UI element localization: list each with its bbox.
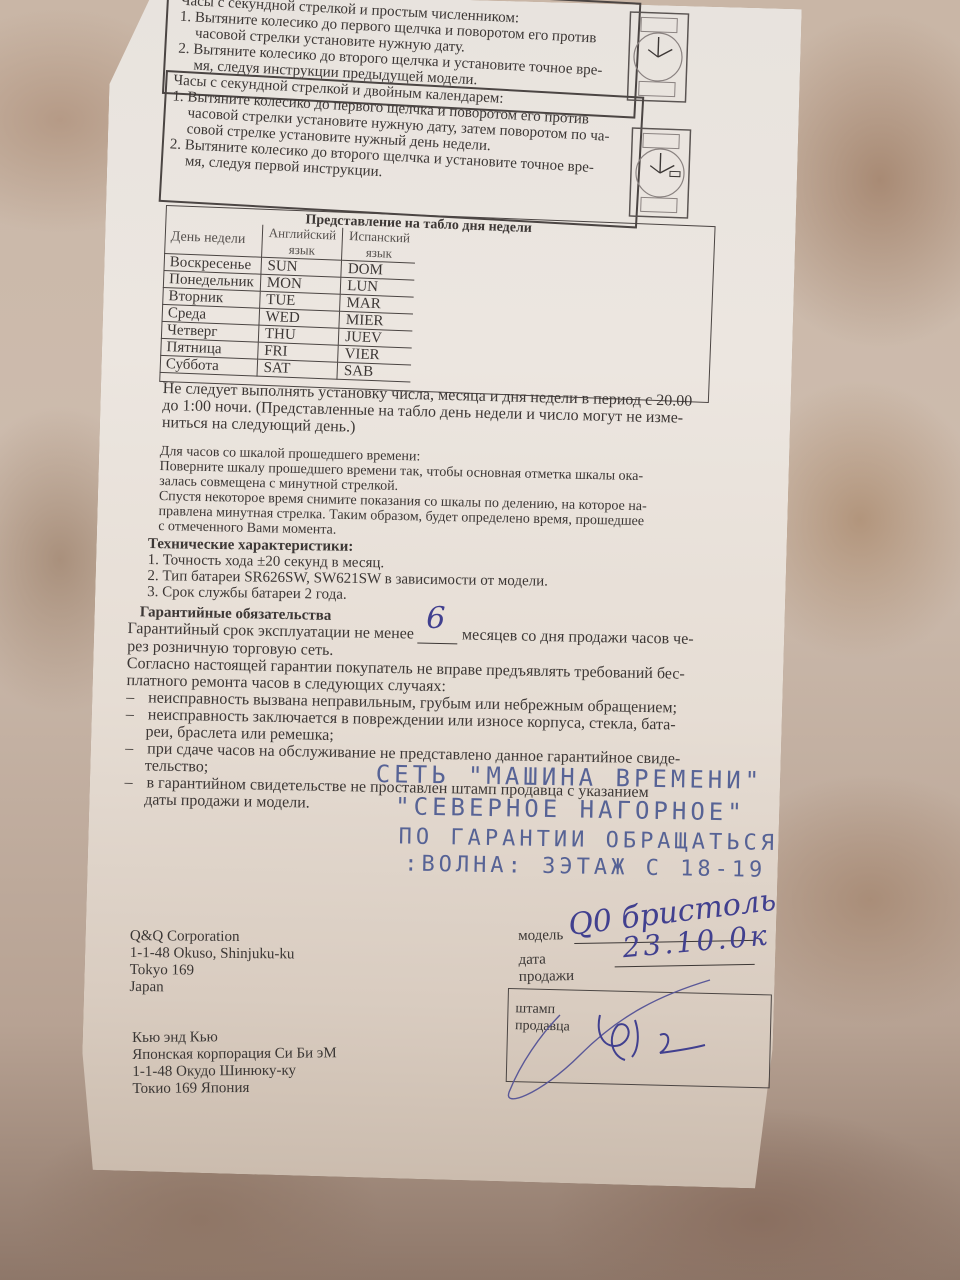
cell-es: JUEV (338, 328, 412, 348)
weekday-table: День недели Английский язык Испанский яз… (160, 221, 417, 383)
address-line: Tokyo 169 (130, 962, 295, 980)
cell-es: LUN (340, 277, 414, 297)
cell-en: SAT (257, 359, 338, 379)
stamp-line-1: СЕТЬ "МАШИНА ВРЕМЕНИ" (376, 760, 764, 795)
cell-es: MIER (339, 311, 413, 331)
stamp-line-2: "СЕВЕРНОЕ НАГОРНОЕ" (395, 792, 783, 827)
header-spanish: Испанский язык (342, 228, 417, 263)
address-line: Токио 169 Япония (132, 1079, 337, 1098)
months-handwritten: 6 (426, 610, 445, 627)
header-english: Английский язык (261, 225, 343, 261)
stamp-line-3: ПО ГАРАНТИИ ОБРАЩАТЬСЯ (398, 824, 786, 856)
specs-section: Технические характеристики: 1. Точность … (147, 536, 548, 606)
sale-date-underline (615, 964, 755, 967)
address-russian: Кью энд Кью Японская корпорация Си Би эМ… (132, 1028, 337, 1098)
cell-es: SAB (337, 362, 411, 382)
address-english: Q&Q Corporation 1-1-48 Okuso, Shinjuku-k… (129, 928, 294, 997)
model-label: модель (518, 927, 563, 945)
stamp-line-4: :ВОЛНА: 3ЭТАЖ С 18-19 (404, 852, 792, 884)
address-line: Японская корпорация Си Би эМ (132, 1045, 337, 1064)
watch-calendar-illustration-icon (628, 127, 691, 219)
address-line: Кью энд Кью (132, 1028, 337, 1047)
address-line: Q&Q Corporation (130, 928, 295, 946)
elapsed-scale-section: Для часов со шкалой прошедшего времени: … (158, 444, 648, 544)
header-weekday: День недели (164, 221, 262, 257)
cell-es: DOM (341, 260, 415, 280)
cell-day: Суббота (160, 355, 258, 376)
months-field: 6 (418, 626, 458, 645)
address-line: 1-1-48 Окудо Шинюку-ку (132, 1062, 337, 1081)
address-line: 1-1-48 Okuso, Shinjuku-ku (130, 945, 295, 963)
watch-illustration-icon (626, 11, 689, 103)
cell-es: VIER (338, 345, 412, 365)
address-line: Japan (129, 979, 294, 997)
store-stamp: СЕТЬ "МАШИНА ВРЕМЕНИ" "СЕВЕРНОЕ НАГОРНОЕ… (374, 760, 763, 873)
warranty-text: месяцев со дня продажи часов че- (462, 626, 694, 647)
seller-signature-icon (500, 975, 750, 1115)
cell-es: MAR (340, 294, 414, 314)
